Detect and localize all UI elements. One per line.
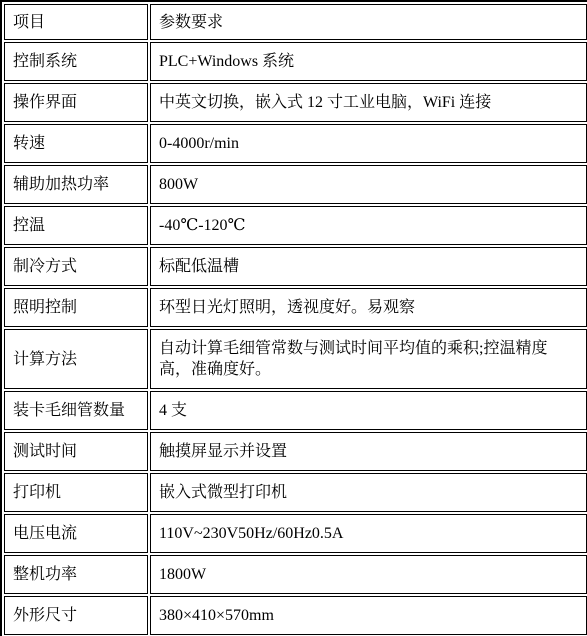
value-cell: 0-4000r/min <box>150 124 587 163</box>
item-cell: 控温 <box>4 206 148 245</box>
value-cell: 1800W <box>150 555 587 594</box>
value-cell: -40℃-120℃ <box>150 206 587 245</box>
table-row: 测试时间 触摸屏显示并设置 <box>4 432 587 471</box>
table-row: 整机功率 1800W <box>4 555 587 594</box>
value-cell: 380×410×570mm <box>150 596 587 635</box>
table-row: 控温 -40℃-120℃ <box>4 206 587 245</box>
spec-table: 项目 参数要求 控制系统 PLC+Windows 系统 操作界面 中英文切换，嵌… <box>0 0 587 636</box>
item-cell: 外形尺寸 <box>4 596 148 635</box>
value-cell: 环型日光灯照明，透视度好。易观察 <box>150 288 587 327</box>
item-cell: 辅助加热功率 <box>4 165 148 204</box>
table-header-row: 项目 参数要求 <box>4 4 587 40</box>
value-cell: 4 支 <box>150 391 587 430</box>
item-cell: 照明控制 <box>4 288 148 327</box>
value-cell: 嵌入式微型打印机 <box>150 473 587 512</box>
table-row: 电压电流 110V~230V50Hz/60Hz0.5A <box>4 514 587 553</box>
item-cell: 转速 <box>4 124 148 163</box>
item-cell: 操作界面 <box>4 83 148 122</box>
table-row: 装卡毛细管数量 4 支 <box>4 391 587 430</box>
item-cell: 制冷方式 <box>4 247 148 286</box>
header-item-cell: 项目 <box>4 4 148 40</box>
value-cell: 110V~230V50Hz/60Hz0.5A <box>150 514 587 553</box>
value-cell: PLC+Windows 系统 <box>150 42 587 81</box>
item-cell: 打印机 <box>4 473 148 512</box>
item-cell: 计算方法 <box>4 329 148 389</box>
table-row: 控制系统 PLC+Windows 系统 <box>4 42 587 81</box>
value-cell: 标配低温槽 <box>150 247 587 286</box>
table-row: 辅助加热功率 800W <box>4 165 587 204</box>
table-row: 操作界面 中英文切换，嵌入式 12 寸工业电脑，WiFi 连接 <box>4 83 587 122</box>
table-row: 计算方法 自动计算毛细管常数与测试时间平均值的乘积;控温精度高，准确度好。 <box>4 329 587 389</box>
value-cell: 触摸屏显示并设置 <box>150 432 587 471</box>
table-row: 制冷方式 标配低温槽 <box>4 247 587 286</box>
table-row: 转速 0-4000r/min <box>4 124 587 163</box>
item-cell: 电压电流 <box>4 514 148 553</box>
item-cell: 整机功率 <box>4 555 148 594</box>
value-cell: 中英文切换，嵌入式 12 寸工业电脑，WiFi 连接 <box>150 83 587 122</box>
item-cell: 测试时间 <box>4 432 148 471</box>
table-row: 照明控制 环型日光灯照明，透视度好。易观察 <box>4 288 587 327</box>
table-row: 外形尺寸 380×410×570mm <box>4 596 587 635</box>
table-row: 打印机 嵌入式微型打印机 <box>4 473 587 512</box>
item-cell: 装卡毛细管数量 <box>4 391 148 430</box>
header-value-cell: 参数要求 <box>150 4 587 40</box>
item-cell: 控制系统 <box>4 42 148 81</box>
value-cell: 800W <box>150 165 587 204</box>
value-cell: 自动计算毛细管常数与测试时间平均值的乘积;控温精度高，准确度好。 <box>150 329 587 389</box>
